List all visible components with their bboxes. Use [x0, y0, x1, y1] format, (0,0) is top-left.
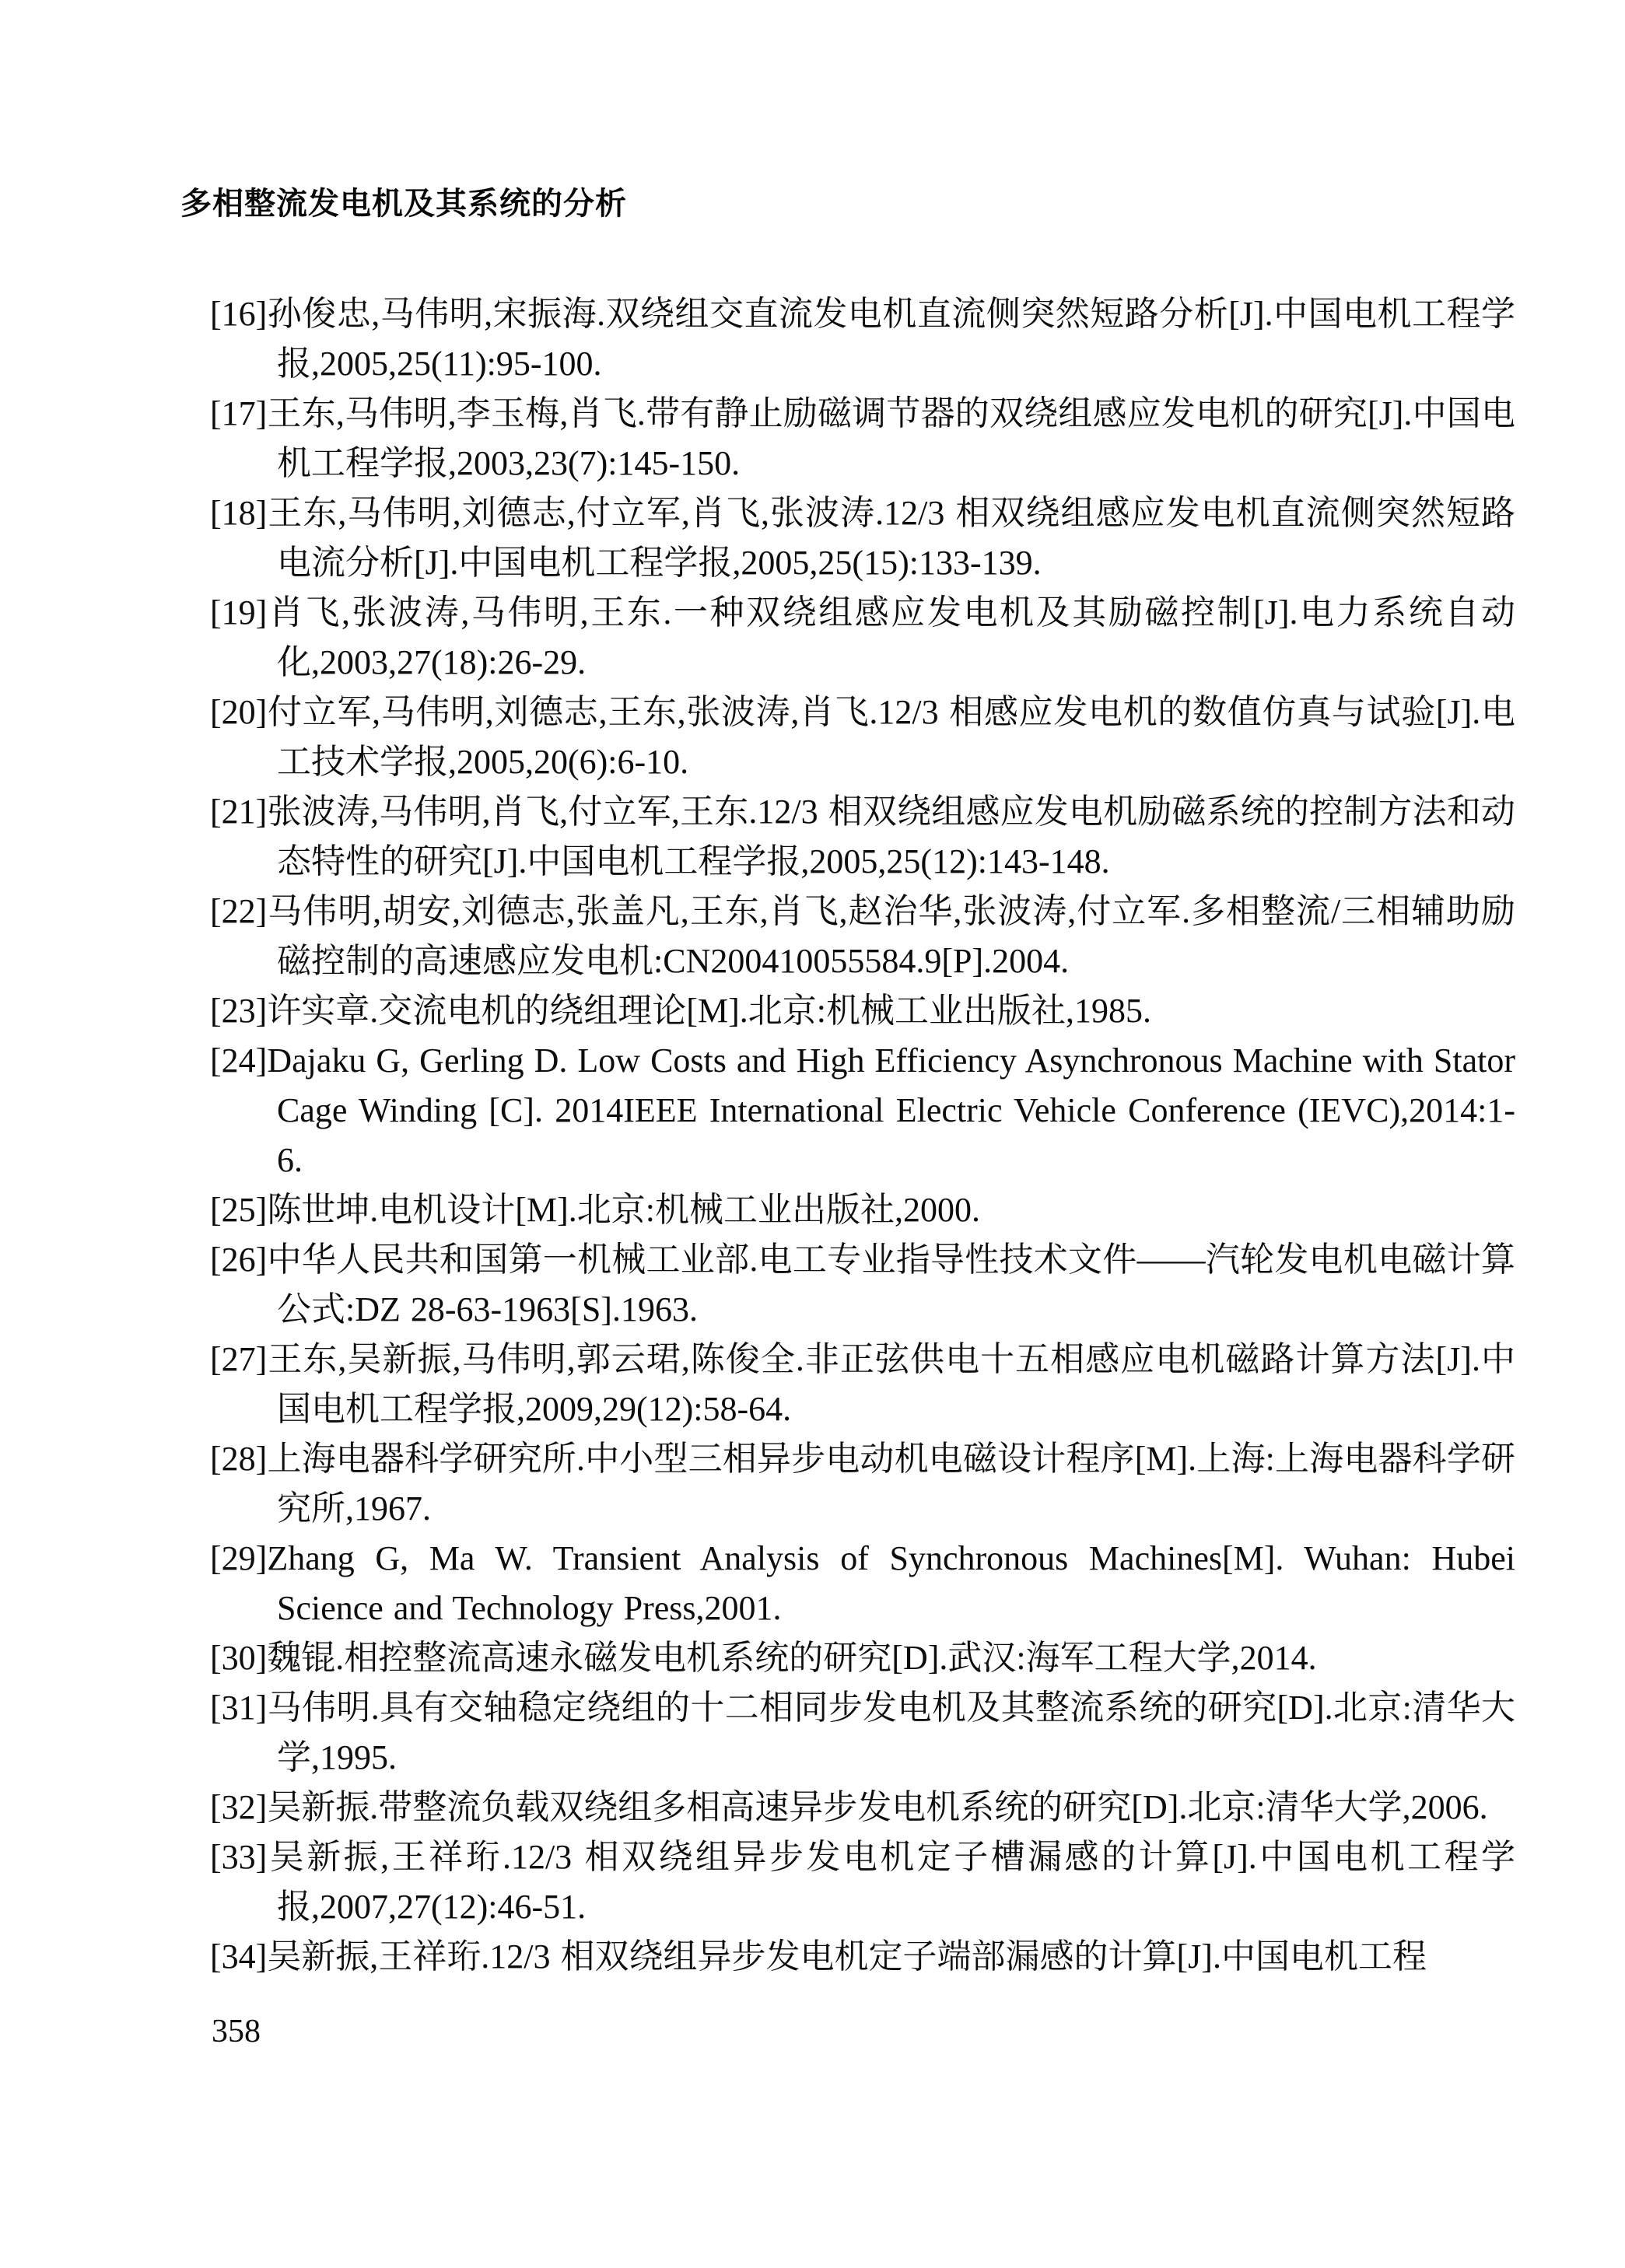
- reference-label: [17]: [210, 394, 267, 432]
- reference-item: [17]王东,马伟明,李玉梅,肖飞.带有静止励磁调节器的双绕组感应发电机的研究[…: [210, 389, 1515, 488]
- reference-label: [31]: [210, 1689, 267, 1727]
- reference-label: [22]: [210, 892, 267, 930]
- reference-item: [27]王东,吴新振,马伟明,郭云珺,陈俊全.非正弦供电十五相感应电机磁路计算方…: [210, 1335, 1515, 1434]
- running-head-title: 多相整流发电机及其系统的分析: [180, 179, 627, 223]
- reference-text: 肖飞,张波涛,马伟明,王东.一种双绕组感应发电机及其励磁控制[J].电力系统自动…: [267, 593, 1515, 681]
- reference-item: [16]孙俊忠,马伟明,宋振海.双绕组交直流发电机直流侧突然短路分析[J].中国…: [210, 289, 1515, 389]
- reference-label: [21]: [210, 793, 267, 831]
- reference-label: [30]: [210, 1639, 267, 1677]
- reference-label: [34]: [210, 1937, 267, 1976]
- reference-label: [20]: [210, 693, 267, 731]
- reference-item: [33]吴新振,王祥珩.12/3 相双绕组异步发电机定子槽漏感的计算[J].中国…: [210, 1832, 1515, 1932]
- reference-item: [20]付立军,马伟明,刘德志,王东,张波涛,肖飞.12/3 相感应发电机的数值…: [210, 688, 1515, 787]
- references-list: [16]孙俊忠,马伟明,宋振海.双绕组交直流发电机直流侧突然短路分析[J].中国…: [210, 289, 1515, 1982]
- reference-item: [31]马伟明.具有交轴稳定绕组的十二相同步发电机及其整流系统的研究[D].北京…: [210, 1683, 1515, 1783]
- reference-item: [26]中华人民共和国第一机械工业部.电工专业指导性技术文件——汽轮发电机电磁计…: [210, 1235, 1515, 1335]
- reference-label: [33]: [210, 1838, 267, 1876]
- reference-item: [21]张波涛,马伟明,肖飞,付立军,王东.12/3 相双绕组感应发电机励磁系统…: [210, 787, 1515, 887]
- reference-item: [18]王东,马伟明,刘德志,付立军,肖飞,张波涛.12/3 相双绕组感应发电机…: [210, 488, 1515, 588]
- reference-text: 付立军,马伟明,刘德志,王东,张波涛,肖飞.12/3 相感应发电机的数值仿真与试…: [267, 693, 1515, 781]
- reference-text: 马伟明.具有交轴稳定绕组的十二相同步发电机及其整流系统的研究[D].北京:清华大…: [267, 1689, 1515, 1776]
- reference-text: 吴新振.带整流负载双绕组多相高速异步发电机系统的研究[D].北京:清华大学,20…: [267, 1788, 1487, 1826]
- reference-item: [32]吴新振.带整流负载双绕组多相高速异步发电机系统的研究[D].北京:清华大…: [210, 1783, 1515, 1832]
- reference-text: 吴新振,王祥珩.12/3 相双绕组异步发电机定子端部漏感的计算[J].中国电机工…: [267, 1937, 1427, 1976]
- reference-text: 上海电器科学研究所.中小型三相异步电动机电磁设计程序[M].上海:上海电器科学研…: [267, 1440, 1515, 1528]
- reference-text: 王东,马伟明,刘德志,付立军,肖飞,张波涛.12/3 相双绕组感应发电机直流侧突…: [267, 494, 1515, 582]
- reference-text: Dajaku G, Gerling D. Low Costs and High …: [267, 1041, 1515, 1179]
- reference-label: [28]: [210, 1440, 267, 1478]
- reference-text: 魏锟.相控整流高速永磁发电机系统的研究[D].武汉:海军工程大学,2014.: [267, 1639, 1316, 1677]
- reference-item: [30]魏锟.相控整流高速永磁发电机系统的研究[D].武汉:海军工程大学,201…: [210, 1633, 1515, 1683]
- reference-label: [23]: [210, 992, 267, 1030]
- reference-text: 王东,马伟明,李玉梅,肖飞.带有静止励磁调节器的双绕组感应发电机的研究[J].中…: [267, 394, 1515, 482]
- reference-item: [22]马伟明,胡安,刘德志,张盖凡,王东,肖飞,赵治华,张波涛,付立军.多相整…: [210, 887, 1515, 986]
- reference-text: 中华人民共和国第一机械工业部.电工专业指导性技术文件——汽轮发电机电磁计算公式:…: [267, 1241, 1515, 1328]
- reference-text: 王东,吴新振,马伟明,郭云珺,陈俊全.非正弦供电十五相感应电机磁路计算方法[J]…: [267, 1340, 1515, 1428]
- reference-text: 孙俊忠,马伟明,宋振海.双绕组交直流发电机直流侧突然短路分析[J].中国电机工程…: [267, 295, 1515, 383]
- reference-text: 吴新振,王祥珩.12/3 相双绕组异步发电机定子槽漏感的计算[J].中国电机工程…: [267, 1838, 1515, 1926]
- reference-text: Zhang G, Ma W. Transient Analysis of Syn…: [267, 1539, 1515, 1627]
- reference-label: [18]: [210, 494, 267, 532]
- reference-item: [24]Dajaku G, Gerling D. Low Costs and H…: [210, 1036, 1515, 1185]
- reference-label: [25]: [210, 1191, 267, 1229]
- document-page: 多相整流发电机及其系统的分析 [16]孙俊忠,马伟明,宋振海.双绕组交直流发电机…: [0, 0, 1625, 2268]
- reference-item: [19]肖飞,张波涛,马伟明,王东.一种双绕组感应发电机及其励磁控制[J].电力…: [210, 588, 1515, 688]
- reference-label: [26]: [210, 1241, 267, 1279]
- reference-item: [34]吴新振,王祥珩.12/3 相双绕组异步发电机定子端部漏感的计算[J].中…: [210, 1932, 1515, 1982]
- page-number: 358: [212, 2013, 261, 2050]
- reference-label: [24]: [210, 1041, 267, 1080]
- reference-label: [16]: [210, 295, 267, 333]
- reference-label: [29]: [210, 1539, 267, 1577]
- reference-text: 张波涛,马伟明,肖飞,付立军,王东.12/3 相双绕组感应发电机励磁系统的控制方…: [267, 793, 1515, 880]
- reference-text: 许实章.交流电机的绕组理论[M].北京:机械工业出版社,1985.: [267, 992, 1151, 1030]
- reference-label: [27]: [210, 1340, 267, 1378]
- reference-item: [29]Zhang G, Ma W. Transient Analysis of…: [210, 1534, 1515, 1633]
- reference-item: [25]陈世坤.电机设计[M].北京:机械工业出版社,2000.: [210, 1185, 1515, 1235]
- reference-text: 陈世坤.电机设计[M].北京:机械工业出版社,2000.: [267, 1191, 980, 1229]
- reference-item: [28]上海电器科学研究所.中小型三相异步电动机电磁设计程序[M].上海:上海电…: [210, 1434, 1515, 1534]
- reference-label: [32]: [210, 1788, 267, 1826]
- reference-text: 马伟明,胡安,刘德志,张盖凡,王东,肖飞,赵治华,张波涛,付立军.多相整流/三相…: [267, 892, 1515, 980]
- reference-label: [19]: [210, 593, 267, 632]
- reference-item: [23]许实章.交流电机的绕组理论[M].北京:机械工业出版社,1985.: [210, 986, 1515, 1036]
